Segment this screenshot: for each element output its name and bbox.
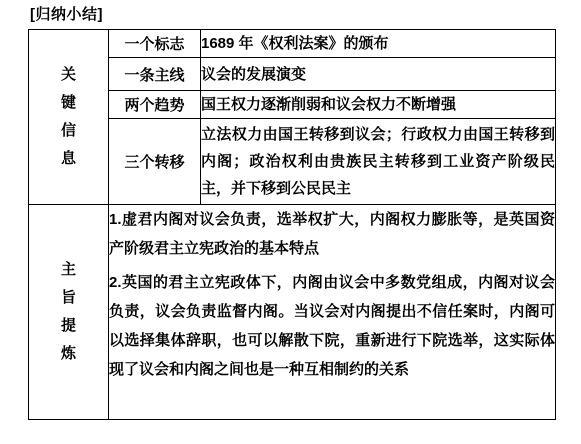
document-page: [归纳小结] 关键信息 一个标志 1689 年《权利法案》的颁布 一条主线 议会… <box>0 0 581 444</box>
table-row: 主旨提炼 1.虚君内阁对议会负责，选举权扩大，内阁权力膨胀等，是英国资产阶级君主… <box>29 205 556 420</box>
section-title: [归纳小结] <box>30 3 103 24</box>
key-info-row-label: 一个标志 <box>109 30 201 58</box>
summary-header-label: 主旨提炼 <box>61 256 76 368</box>
key-info-header-cell: 关键信息 <box>29 30 109 205</box>
table-row: 三个转移 立法权力由国王转移到议会；行政权力由国王转移到内阁；政治权利由贵族民主… <box>29 119 556 205</box>
key-info-row-content: 立法权力由国王转移到议会；行政权力由国王转移到内阁；政治权利由贵族民主转移到工业… <box>201 119 556 205</box>
key-info-header-label: 关键信息 <box>61 61 76 173</box>
summary-paragraph: 1.虚君内阁对议会负责，选举权扩大，内阁权力膨胀等，是英国资产阶级君主立宪政治的… <box>109 205 555 263</box>
summary-content-cell: 1.虚君内阁对议会负责，选举权扩大，内阁权力膨胀等，是英国资产阶级君主立宪政治的… <box>109 205 556 420</box>
summary-table: 关键信息 一个标志 1689 年《权利法案》的颁布 一条主线 议会的发展演变 两… <box>28 29 556 420</box>
key-info-row-content: 议会的发展演变 <box>201 58 556 91</box>
key-info-row-content: 1689 年《权利法案》的颁布 <box>201 30 556 58</box>
summary-header-cell: 主旨提炼 <box>29 205 109 420</box>
key-info-row-label: 三个转移 <box>109 119 201 205</box>
table-row: 一条主线 议会的发展演变 <box>29 58 556 91</box>
key-info-row-label: 一条主线 <box>109 58 201 91</box>
key-info-row-label: 两个趋势 <box>109 91 201 119</box>
summary-paragraph: 2.英国的君主立宪政体下，内阁由议会中多数党组成，内阁对议会负责，议会负责监督内… <box>109 268 555 384</box>
table-row: 关键信息 一个标志 1689 年《权利法案》的颁布 <box>29 30 556 58</box>
table-row: 两个趋势 国王权力逐渐削弱和议会权力不断增强 <box>29 91 556 119</box>
key-info-row-content: 国王权力逐渐削弱和议会权力不断增强 <box>201 91 556 119</box>
